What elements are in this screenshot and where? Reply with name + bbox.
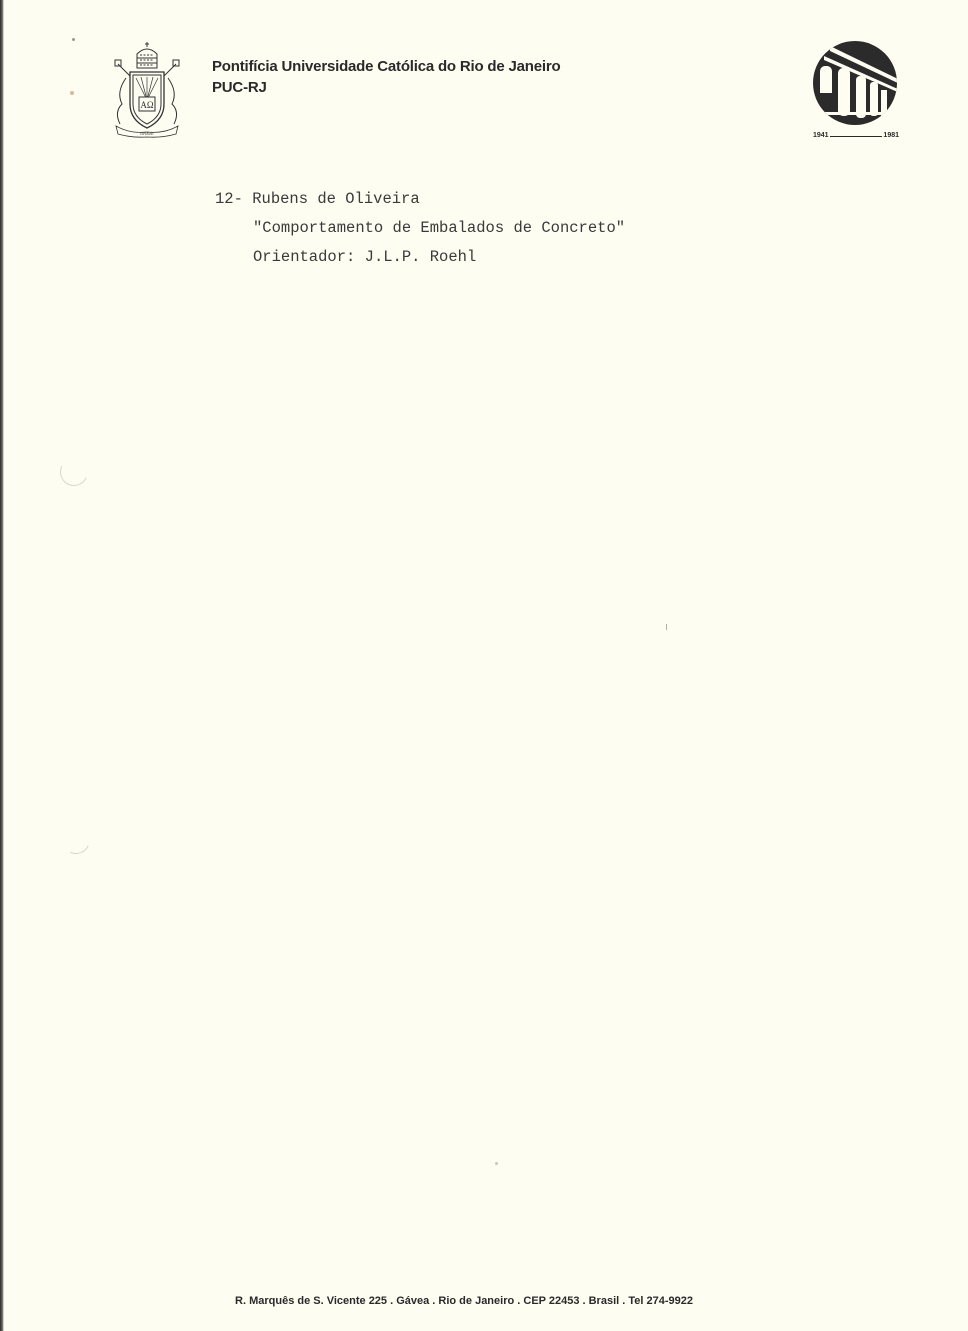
advisor-label: Orientador: bbox=[253, 248, 355, 266]
anniversary-years: 1941 1981 bbox=[813, 129, 899, 139]
institution-heading: Pontifícia Universidade Católica do Rio … bbox=[212, 56, 560, 98]
paper-speck bbox=[666, 624, 667, 630]
entry-title: "Comportamento de Embalados de Concreto" bbox=[215, 214, 625, 243]
advisor-name: J.L.P. Roehl bbox=[365, 248, 477, 266]
anniversary-end-year: 1981 bbox=[883, 132, 899, 139]
year-divider-line bbox=[830, 136, 883, 137]
puc-coat-of-arms-icon: AΩ GRAVE bbox=[110, 42, 184, 138]
svg-text:AΩ: AΩ bbox=[140, 100, 153, 110]
paper-speck bbox=[72, 38, 75, 41]
letterhead-footer: R. Marquês de S. Vicente 225 . Gávea . R… bbox=[0, 1295, 968, 1307]
page-left-edge-shadow bbox=[0, 0, 4, 1331]
svg-text:GRAVE: GRAVE bbox=[140, 131, 154, 136]
punch-hole-mark bbox=[56, 454, 92, 490]
institution-abbrev: PUC-RJ bbox=[212, 77, 560, 98]
columns-circle-logo-icon bbox=[810, 38, 900, 128]
entry-author: Rubens de Oliveira bbox=[252, 190, 419, 208]
thesis-entry: 12- Rubens de Oliveira "Comportamento de… bbox=[215, 185, 625, 272]
institution-name: Pontifícia Universidade Católica do Rio … bbox=[212, 56, 560, 77]
paper-speck bbox=[495, 1162, 498, 1165]
entry-advisor-line: Orientador: J.L.P. Roehl bbox=[215, 243, 625, 272]
entry-number: 12- bbox=[215, 190, 243, 208]
anniversary-start-year: 1941 bbox=[813, 132, 829, 139]
punch-hole-mark bbox=[58, 822, 94, 858]
paper-speck bbox=[70, 91, 74, 95]
footer-address: R. Marquês de S. Vicente 225 . Gávea . R… bbox=[235, 1295, 693, 1307]
entry-author-line: 12- Rubens de Oliveira bbox=[215, 185, 625, 214]
